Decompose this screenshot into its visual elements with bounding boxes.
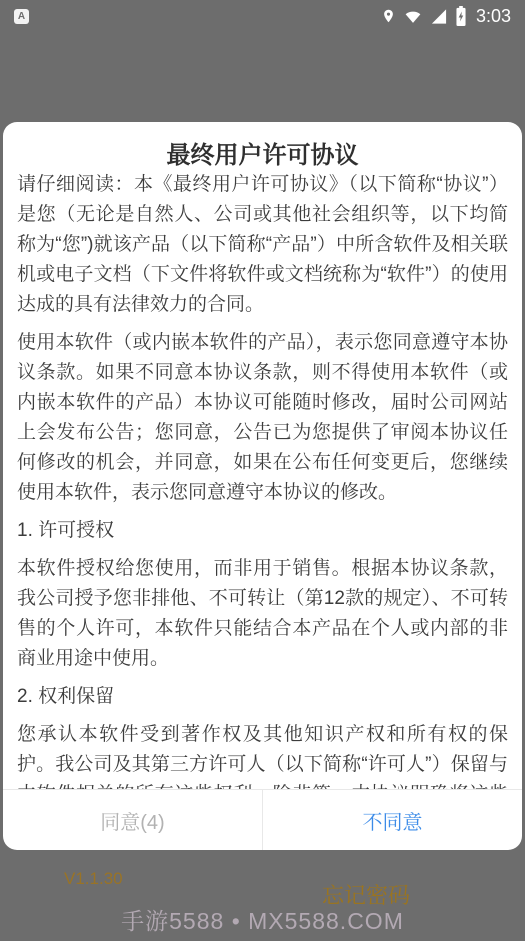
cellular-signal-icon [430,8,448,25]
location-pin-icon [381,7,396,25]
status-bar: A 3:03 [0,0,525,32]
eula-paragraph: 请仔细阅读：本《最终用户许可协议》（以下简称“协议”）是您（无论是自然人、公司或… [17,170,508,320]
eula-dialog-title: 最终用户许可协议 [3,122,522,168]
agree-button[interactable]: 同意(4) [3,790,262,850]
eula-button-bar: 同意(4) 不同意 [3,789,522,850]
app-version-label: V1.1.30 [64,869,123,889]
status-bar-clock: 3:03 [476,6,511,27]
status-bar-left: A [14,9,29,24]
disagree-button[interactable]: 不同意 [263,790,522,850]
eula-paragraph: 您承认本软件受到著作权及其他知识产权和所有权的保护。我公司及其第三方许可人（以下… [17,720,508,789]
eula-text-scroll-area[interactable]: 请仔细阅读：本《最终用户许可协议》（以下简称“协议”）是您（无论是自然人、公司或… [3,168,522,789]
eula-section-heading: 2. 权利保留 [17,682,508,712]
eula-dialog: 最终用户许可协议 请仔细阅读：本《最终用户许可协议》（以下简称“协议”）是您（无… [3,122,522,850]
eula-paragraph: 本软件授权给您使用，而非用于销售。根据本协议条款，我公司授予您非排他、不可转让（… [17,554,508,674]
eula-paragraph: 使用本软件（或内嵌本软件的产品），表示您同意遵守本协议条款。如果不同意本协议条款… [17,328,508,508]
eula-section-heading: 1. 许可授权 [17,516,508,546]
status-bar-right: 3:03 [381,6,511,27]
battery-charging-icon [455,6,467,26]
app-notification-icon: A [14,9,29,24]
screen: A 3:03 最终用户许可协议 请仔细阅读：本《最终用户许可协议》（以下简称“协… [0,0,525,941]
wifi-icon [403,8,423,25]
site-watermark: 手游5588 • MX5588.COM [0,903,525,936]
